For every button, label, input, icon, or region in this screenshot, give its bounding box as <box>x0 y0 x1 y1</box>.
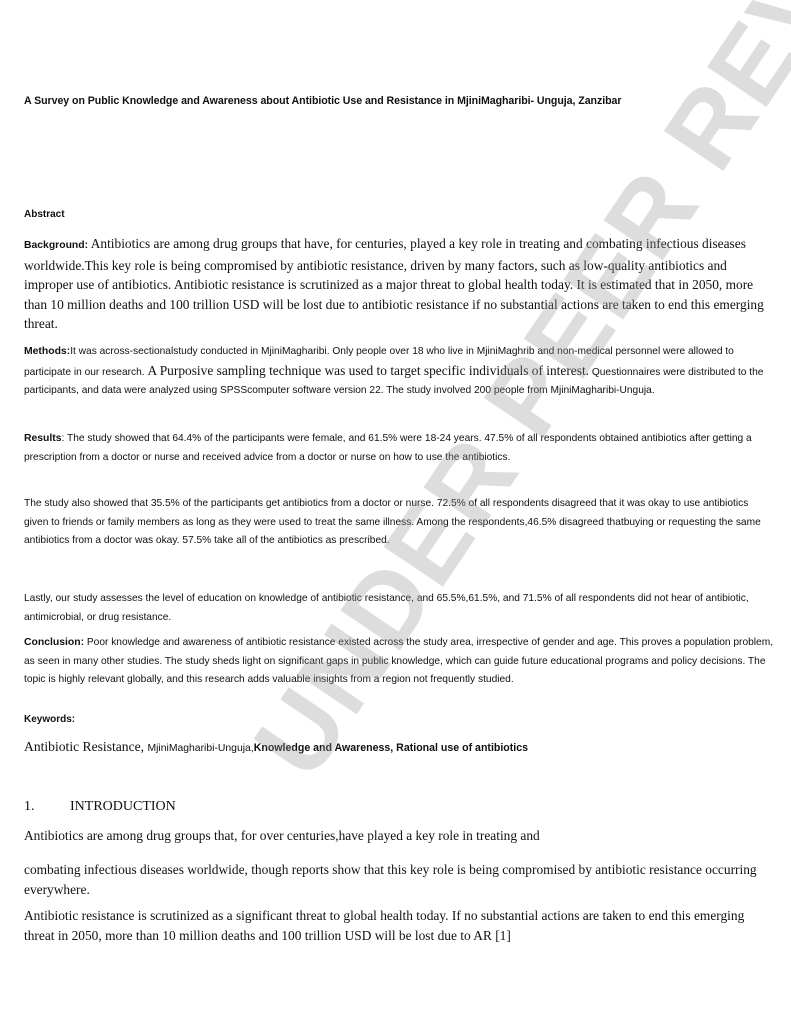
abstract-methods: Methods:It was across-sectionalstudy con… <box>24 343 774 401</box>
introduction-heading: 1.INTRODUCTION <box>24 799 774 815</box>
intro-paragraph-1: Antibiotics are among drug groups that, … <box>24 826 774 846</box>
keyword-2: MjiniMagharibi-Unguja, <box>147 743 253 754</box>
intro-paragraph-2: combating infectious diseases worldwide,… <box>24 860 774 899</box>
abstract-conclusion: Conclusion: Poor knowledge and awareness… <box>24 634 774 690</box>
keyword-1: Antibiotic Resistance, <box>24 739 147 754</box>
methods-label: Methods: <box>24 346 70 357</box>
conclusion-text: Poor knowledge and awareness of antibiot… <box>24 637 773 685</box>
abstract-results-2: The study also showed that 35.5% of the … <box>24 495 774 551</box>
paper-title: A Survey on Public Knowledge and Awarene… <box>24 95 784 107</box>
keywords-label: Keywords: <box>24 714 774 725</box>
methods-text-b: A Purposive sampling technique was used … <box>147 363 589 378</box>
abstract-results-3: Lastly, our study assesses the level of … <box>24 590 774 627</box>
keyword-3: Knowledge and Awareness, Rational use of… <box>254 742 528 754</box>
abstract-results: Results: The study showed that 64.4% of … <box>24 430 774 467</box>
background-label: Background: <box>24 240 88 251</box>
background-text: Antibiotics are among drug groups that h… <box>24 236 764 331</box>
results-text: : The study showed that 64.4% of the par… <box>24 433 752 463</box>
section-title: INTRODUCTION <box>70 799 176 814</box>
section-number: 1. <box>24 799 70 815</box>
abstract-background: Background: Antibiotics are among drug g… <box>24 234 774 334</box>
document-page: A Survey on Public Knowledge and Awarene… <box>0 0 791 1024</box>
conclusion-label: Conclusion: <box>24 637 84 648</box>
abstract-heading: Abstract <box>24 209 774 220</box>
keywords-list: Antibiotic Resistance, MjiniMagharibi-Un… <box>24 738 774 756</box>
results-label: Results <box>24 433 62 444</box>
intro-paragraph-3: Antibiotic resistance is scrutinized as … <box>24 906 774 945</box>
